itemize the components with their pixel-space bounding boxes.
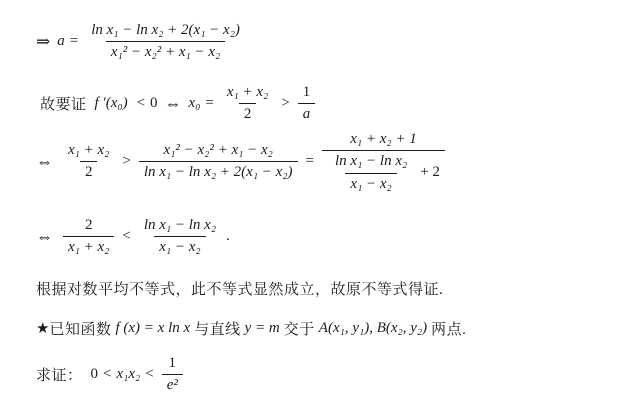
fraction-numerator: x₁ + x₂: [222, 84, 273, 103]
less-than-sign: <: [103, 366, 111, 383]
fraction-denominator: x₁² − x₂² + x₁ − x₂: [106, 41, 225, 61]
zero-literal: 0: [150, 95, 158, 112]
fraction-denominator: e²: [162, 374, 183, 394]
fraction-numerator: x₁ + x₂ + 1: [345, 131, 422, 150]
fraction-denominator: ln x₁ − ln x₂ x₁ − x₂ + 2: [322, 150, 445, 193]
conclusion-sentence: 根据对数平均不等式，此不等式显然成立，故原不等式得证.: [36, 278, 443, 299]
zero-literal: 0: [91, 366, 99, 383]
fraction-denominator: x₁ − x₂: [154, 236, 205, 256]
equals-sign: =: [306, 153, 314, 170]
formula-a-definition: ⇒ a = ln x₁ − ln x₂ + 2(x₁ − x₂) x₁² − x…: [36, 22, 248, 62]
iff-arrow-icon: ⇔: [165, 94, 182, 114]
prove-prefix-text: 求证：: [36, 364, 83, 385]
fraction-log-mean: ln x₁ − ln x₂ x₁ − x₂: [139, 217, 221, 257]
new-problem-statement: ★ 已知函数 f (x) = x ln x 与直线 y = m 交于 A(x₁,…: [36, 318, 466, 339]
derivative-at-x0: f ′(x₀): [95, 95, 128, 112]
star-icon: ★: [36, 319, 49, 338]
fraction-numerator: x₁ + x₂: [63, 142, 114, 161]
equals-sign: =: [205, 95, 213, 112]
fraction-numerator: 2: [80, 217, 98, 236]
formula-chain-inequality: ⇔ x₁ + x₂ 2 > x₁² − x₂² + x₁ − x₂ ln x₁ …: [36, 131, 448, 193]
fraction-denominator: 2: [239, 103, 257, 123]
formula-log-mean-inequality: ⇔ 2 x₁ + x₂ < ln x₁ − ln x₂ x₁ − x₂ .: [36, 217, 230, 257]
goal-prefix-text: 故要证: [40, 93, 87, 114]
sentence-period: .: [226, 228, 230, 245]
fraction-denominator: a: [298, 103, 316, 123]
formula-goal-statement: 故要证 f ′(x₀) < 0 ⇔ x₀ = x₁ + x₂ 2 > 1 a: [36, 84, 318, 124]
greater-than-sign: >: [281, 95, 289, 112]
fraction-numerator: x₁² − x₂² + x₁ − x₂: [159, 142, 278, 161]
fraction-harmonic: 2 x₁ + x₂: [63, 217, 114, 257]
fraction-numerator: ln x₁ − ln x₂ + 2(x₁ − x₂): [86, 22, 245, 41]
equals-sign: =: [70, 33, 78, 50]
nested-fraction-log-mean: ln x₁ − ln x₂ x₁ − x₂: [330, 153, 412, 193]
product-x1x2: x₁x₂: [116, 366, 140, 383]
less-than-sign: <: [122, 228, 130, 245]
fraction-midpoint: x₁ + x₂ 2: [63, 142, 114, 182]
fraction-one-over-e-squared: 1 e²: [162, 355, 183, 395]
iff-arrow-icon: ⇔: [36, 227, 53, 247]
problem-known-text: 已知函数: [49, 318, 111, 339]
fraction-simplified: x₁ + x₂ + 1 ln x₁ − ln x₂ x₁ − x₂ + 2: [322, 131, 445, 193]
fraction-denominator: x₁ − x₂: [345, 173, 396, 193]
fraction-denominator: x₁ + x₂: [63, 236, 114, 256]
intersection-points: A(x₁, y₁), B(x₂, y₂): [319, 320, 427, 337]
fraction-denominator: 2: [80, 161, 98, 181]
less-than-sign: <: [145, 366, 153, 383]
implies-arrow-icon: ⇒: [36, 32, 50, 52]
problem-with-line-text: 与直线: [194, 318, 241, 339]
fraction-denominator: ln x₁ − ln x₂ + 2(x₁ − x₂): [139, 161, 298, 181]
fraction-numerator: ln x₁ − ln x₂: [330, 153, 412, 172]
fraction-one-over-a: 1 a: [298, 84, 316, 124]
fraction-numerator: 1: [298, 84, 316, 103]
fraction-a-value: ln x₁ − ln x₂ + 2(x₁ − x₂) x₁² − x₂² + x…: [86, 22, 245, 62]
fraction-numerator: 1: [164, 355, 182, 374]
problem-two-points-text: 两点.: [431, 318, 466, 339]
fraction-quotient: x₁² − x₂² + x₁ − x₂ ln x₁ − ln x₂ + 2(x₁…: [139, 142, 298, 182]
iff-arrow-icon: ⇔: [36, 152, 53, 172]
line-equation: y = m: [245, 320, 280, 337]
greater-than-sign: >: [122, 153, 130, 170]
prove-statement: 求证： 0 < x₁x₂ < 1 e²: [36, 355, 186, 395]
fraction-numerator: ln x₁ − ln x₂: [139, 217, 221, 236]
math-solution-document: ⇒ a = ln x₁ − ln x₂ + 2(x₁ − x₂) x₁² − x…: [0, 0, 642, 413]
plus-two-term: + 2: [420, 164, 440, 181]
var-a: a: [57, 33, 65, 50]
less-than-sign: <: [137, 95, 145, 112]
var-x0: x₀: [189, 95, 201, 112]
conclusion-text: 根据对数平均不等式，此不等式显然成立，故原不等式得证.: [36, 278, 443, 299]
fraction-midpoint: x₁ + x₂ 2: [222, 84, 273, 124]
problem-intersect-text: 交于: [284, 318, 315, 339]
function-definition: f (x) = x ln x: [115, 320, 190, 337]
